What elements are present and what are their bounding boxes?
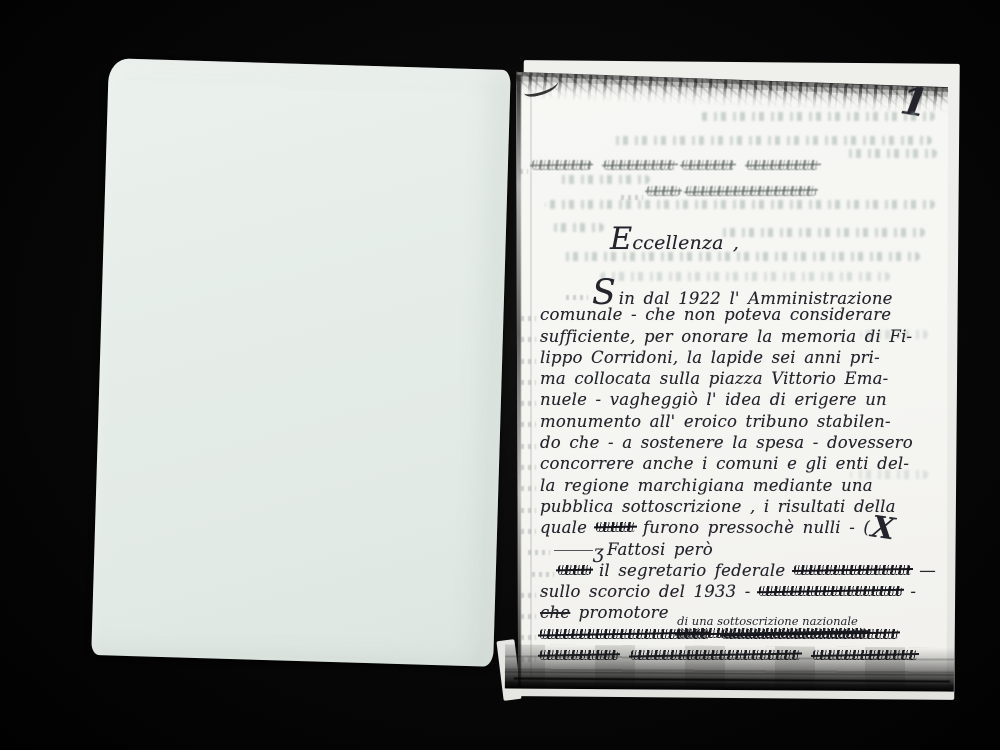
handwritten-text: pubblica sottoscrizione , i risultati de… — [540, 497, 896, 516]
manuscript-line: nuele - vagheggiò l' idea di erigere un — [540, 389, 944, 410]
struck-out-scribble — [558, 565, 591, 575]
manuscript-line — [532, 155, 932, 181]
bleedthrough-handwriting — [600, 272, 890, 281]
manuscript-line — [540, 624, 944, 645]
struck-out-scribble — [759, 586, 902, 596]
manuscript-line: ʒFattosi però — [554, 539, 944, 560]
struck-text: che — [540, 603, 570, 622]
gap — [675, 170, 682, 171]
struck-out-scribble — [604, 160, 676, 170]
bleedthrough-handwriting — [552, 223, 604, 232]
struck-out-scribble — [540, 629, 709, 639]
handwritten-text: la regione marchigiana mediante una — [540, 476, 873, 495]
handwritten-text: furono pressochè nulli - ( — [635, 518, 871, 537]
archival-photo: 1 Eccellenza , Sin dal 1922 l' Amministr… — [0, 0, 1000, 750]
handwritten-text: sullo scorcio del 1933 - — [540, 582, 759, 601]
faded-struck-block — [532, 155, 932, 207]
manuscript-line: comunale - che non poteva considerare — [540, 304, 944, 325]
struck-out-scribble — [722, 629, 898, 639]
lead-in-line — [554, 547, 593, 551]
struck-out-scribble — [532, 160, 591, 170]
handwritten-text: monumento all' eroico tribuno stabilen- — [540, 412, 891, 431]
bleedthrough-handwriting — [720, 228, 925, 237]
struck-out-scribble — [647, 186, 680, 196]
manuscript-line: lippo Corridoni, la lapide sei anni pri- — [540, 347, 944, 368]
big-x-strike-mark: X — [871, 523, 896, 536]
struck-out-scribble — [747, 160, 819, 170]
bleedthrough-handwriting — [612, 136, 932, 145]
manuscript-line: Sin dal 1922 l' Amministrazione — [592, 283, 944, 304]
gap — [709, 639, 722, 640]
manuscript-line — [647, 181, 932, 207]
manuscript-line: quale furono pressochè nulli - (X — [540, 517, 944, 538]
handwritten-text: ma collocata sulla piazza Vittorio Ema- — [540, 369, 888, 388]
handwritten-text: — — [911, 561, 936, 580]
manuscript-line: do che - a sostenere la spesa - dovesser… — [540, 432, 944, 453]
salutation: Eccellenza , — [610, 222, 739, 257]
handwritten-text: concorrere anche i comuni e gli enti del… — [540, 454, 909, 473]
gap — [591, 170, 604, 171]
manuscript-line: monumento all' eroico tribuno stabilen- — [540, 411, 944, 432]
handwritten-text: il segretario federale — [591, 561, 794, 580]
struck-out-scribble — [596, 522, 635, 532]
handwritten-text: do che - a sostenere la spesa - dovesser… — [540, 433, 913, 452]
handwritten-text: promotore — [570, 603, 677, 622]
manuscript-line: concorrere anche i comuni e gli enti del… — [540, 453, 944, 474]
manuscript-line: il segretario federale — — [558, 560, 944, 581]
manuscript-line: sufficiente, per onorare la memoria di F… — [540, 326, 944, 347]
struck-out-scribble — [682, 160, 734, 170]
manuscript-body: Sin dal 1922 l' Amministrazionecomunale … — [540, 283, 944, 666]
salutation-text: Eccellenza , — [610, 222, 739, 257]
gap — [734, 170, 747, 171]
manuscript-line: ma collocata sulla piazza Vittorio Ema- — [540, 368, 944, 389]
gap — [680, 196, 687, 197]
handwritten-text: Fattosi però — [607, 540, 713, 559]
manuscript-line: che promotore di una sottoscrizione nazi… — [540, 602, 944, 623]
manuscript-line: sullo scorcio del 1933 - - — [540, 581, 944, 602]
handwritten-text: comunale - che non poteva considerare — [540, 305, 891, 324]
struck-out-scribble — [686, 186, 816, 196]
bleedthrough-handwriting — [700, 112, 935, 121]
manuscript-line: la regione marchigiana mediante una — [540, 475, 944, 496]
handwritten-text: - — [902, 582, 916, 601]
handwritten-text: sufficiente, per onorare la memoria di F… — [540, 327, 912, 346]
photocopy-bottom-smudge — [505, 644, 954, 691]
blank-verso-page — [91, 58, 511, 667]
handwritten-text: quale — [540, 518, 596, 537]
struck-out-scribble — [794, 565, 911, 575]
handwritten-text: lippo Corridoni, la lapide sei anni pri- — [540, 348, 880, 367]
manuscript-page: 1 Eccellenza , Sin dal 1922 l' Amministr… — [516, 71, 948, 692]
handwritten-text: nuele - vagheggiò l' idea di erigere un — [540, 390, 887, 409]
